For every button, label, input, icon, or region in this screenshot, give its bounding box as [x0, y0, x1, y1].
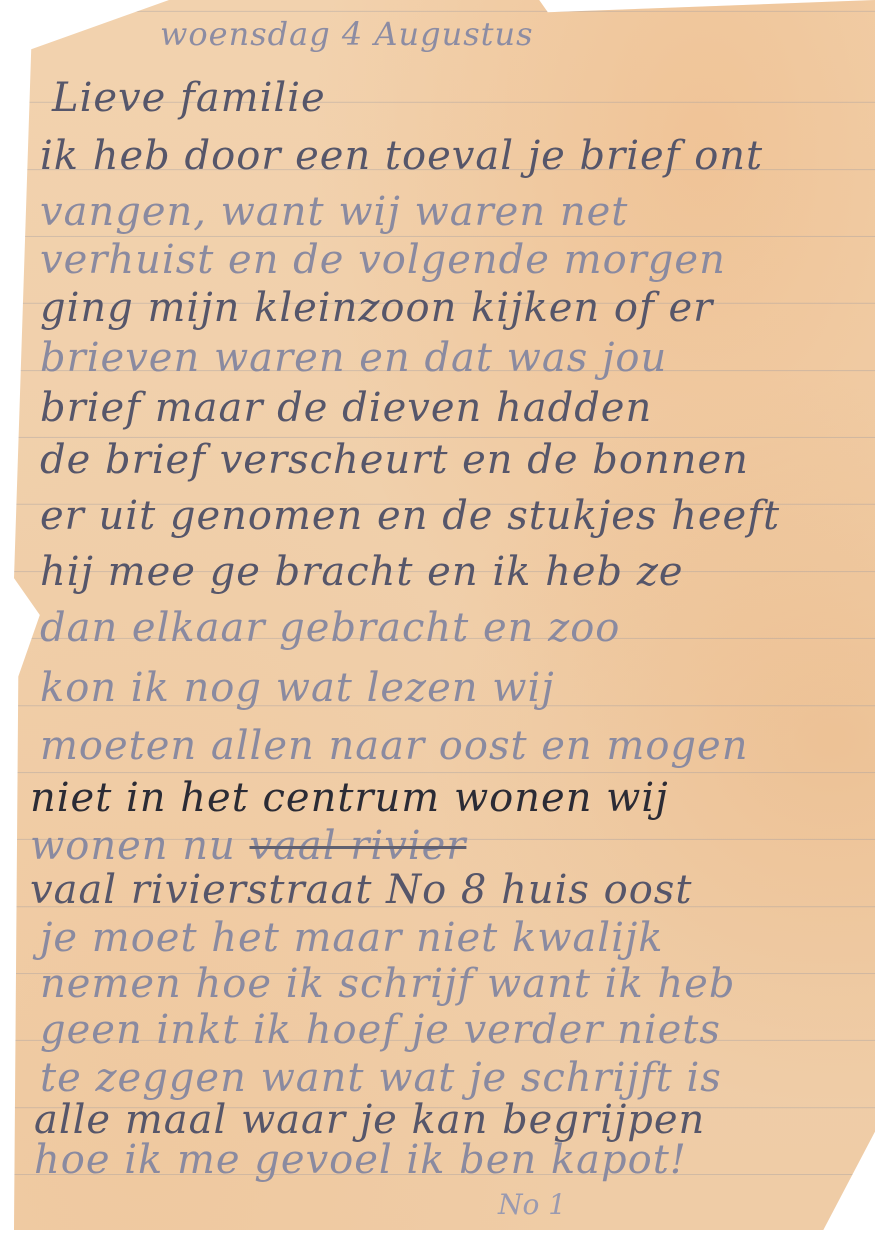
letter-line-7: de brief verscheurt en de bonnen [40, 440, 749, 480]
letter-line-9: hij mee ge bracht en ik heb ze [40, 552, 684, 592]
letter-line-11: kon ik nog wat lezen wij [40, 668, 555, 708]
letter-line-19: te zeggen want wat je schrijft is [40, 1058, 722, 1098]
letter-line-20: alle maal waar je kan begrijpen [34, 1100, 705, 1140]
struck-out-text: vaal rivier [249, 823, 466, 869]
letter-line-16: je moet het maar niet kwalijk [40, 918, 664, 958]
letter-line-8: er uit genomen en de stukjes heeft [40, 496, 780, 536]
letter-line-21: hoe ik me gevoel ik ben kapot! [34, 1140, 687, 1180]
letter-line-15: vaal rivierstraat No 8 huis oost [30, 870, 692, 910]
letter-line-6: brief maar de dieven hadden [40, 388, 652, 428]
letter-line-14-text: wonen nu [30, 823, 236, 869]
letter-line-1: ik heb door een toeval je brief ont [40, 136, 763, 176]
letter-date: woensdag 4 Augustus [160, 18, 534, 50]
letter-line-4: ging mijn kleinzoon kijken of er [40, 288, 713, 328]
document-page: woensdag 4 Augustus Lieve familie ik heb… [0, 0, 875, 1239]
letter-line-14: wonen nu vaal rivier [30, 826, 466, 866]
letter-line-5: brieven waren en dat was jou [40, 338, 667, 378]
letter-line-18: geen inkt ik hoef je verder niets [40, 1010, 721, 1050]
letter-line-2: vangen, want wij waren net [40, 192, 628, 232]
handwritten-letter: woensdag 4 Augustus Lieve familie ik heb… [0, 0, 875, 1239]
letter-line-3: verhuist en de volgende morgen [40, 240, 726, 280]
letter-line-12: moeten allen naar oost en mogen [40, 726, 748, 766]
letter-line-13: niet in het centrum wonen wij [30, 778, 669, 818]
letter-salutation: Lieve familie [52, 78, 326, 118]
page-number: No 1 [498, 1188, 566, 1221]
letter-line-10: dan elkaar gebracht en zoo [40, 608, 620, 648]
letter-line-17: nemen hoe ik schrijf want ik heb [40, 964, 735, 1004]
